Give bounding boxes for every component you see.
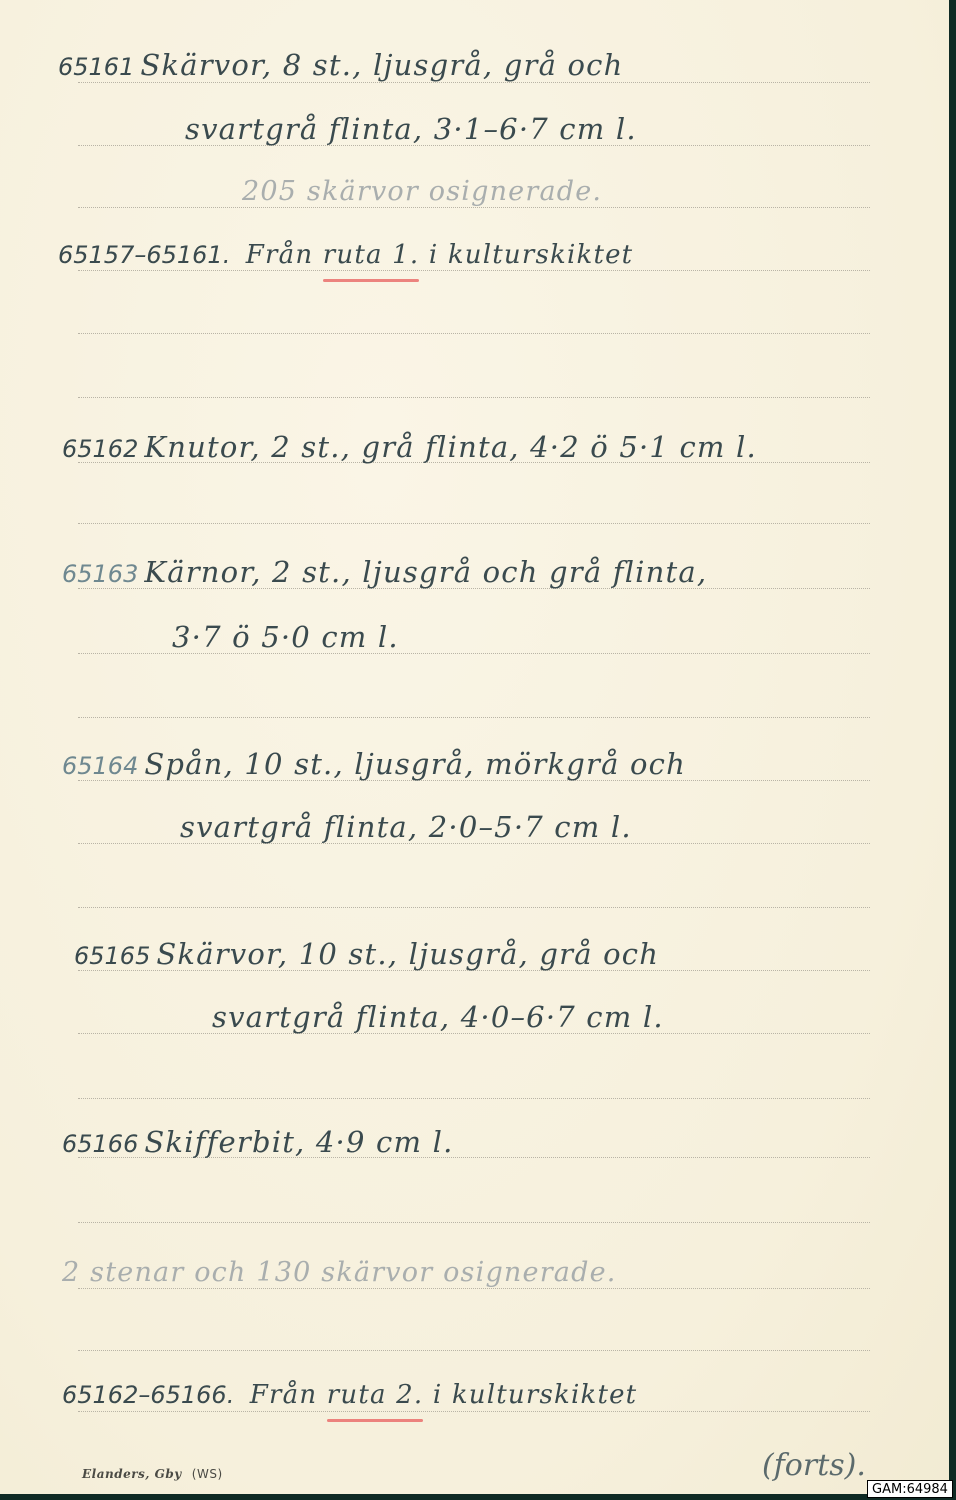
range-prefix: Från (250, 1380, 318, 1410)
entry-text: Spån, 10 st., ljusgrå, mörkgrå och (144, 747, 686, 781)
entry-65164-line1: 65164Spån, 10 st., ljusgrå, mörkgrå och (62, 747, 686, 781)
range-line-ruta-2: 65162–65166. Från ruta 2. i kulturskikte… (62, 1380, 637, 1410)
entry-65163-line2: 3·7 ö 5·0 cm l. (172, 620, 399, 654)
entry-text: Skärvor, 8 st., ljusgrå, grå och (140, 48, 623, 82)
entry-65161-line2: svartgrå flinta, 3·1–6·7 cm l. (185, 112, 637, 146)
entry-65166-line1: 65166Skifferbit, 4·9 cm l. (62, 1125, 454, 1159)
entry-65165-line2: svartgrå flinta, 4·0–6·7 cm l. (212, 1000, 664, 1034)
range-suffix: i kulturskiktet (429, 240, 633, 270)
entry-text: Skärvor, 10 st., ljusgrå, grå och (156, 937, 659, 971)
entry-text: Kärnor, 2 st., ljusgrå och grå flinta, (144, 555, 707, 589)
entry-text: Skifferbit, 4·9 cm l. (144, 1125, 453, 1159)
catalog-range: 65162–65166. (62, 1381, 234, 1409)
entry-text: Knutor, 2 st., grå flinta, 4·2 ö 5·1 cm … (144, 430, 757, 464)
ruta-underlined: ruta 1. (323, 240, 420, 270)
printer-imprint: Elanders, Gby(WS) (82, 1467, 223, 1481)
rule-line (78, 207, 870, 208)
rule-line (78, 717, 870, 718)
rule-line (78, 1350, 870, 1351)
rule-line (78, 1222, 870, 1223)
range-line-ruta-1: 65157–65161. Från ruta 1. i kulturskikte… (58, 240, 633, 270)
catalog-range: 65157–65161. (58, 241, 230, 269)
rule-line (78, 1411, 870, 1412)
ruta-underlined: ruta 2. (327, 1380, 424, 1410)
entry-65162-line1: 65162Knutor, 2 st., grå flinta, 4·2 ö 5·… (62, 430, 757, 464)
catalog-card: 65161Skärvor, 8 st., ljusgrå, grå och sv… (0, 0, 949, 1494)
continued-note: (forts). (762, 1448, 866, 1483)
catalog-number: 65162 (62, 435, 138, 463)
rule-line (78, 1098, 870, 1099)
entry-65165-line1: 65165Skärvor, 10 st., ljusgrå, grå och (74, 937, 659, 971)
archive-id-label: GAM:64984 (867, 1480, 953, 1498)
range-suffix: i kulturskiktet (433, 1380, 637, 1410)
rule-line (78, 1288, 870, 1289)
rule-line (78, 270, 870, 271)
rule-line (78, 523, 870, 524)
entry-65161-line1: 65161Skärvor, 8 st., ljusgrå, grå och (58, 48, 623, 82)
catalog-number: 65164 (62, 752, 138, 780)
entry-65163-line1: 65163Kärnor, 2 st., ljusgrå och grå flin… (62, 555, 707, 589)
imprint-code: (WS) (192, 1467, 223, 1481)
rule-line (78, 907, 870, 908)
catalog-number: 65166 (62, 1130, 138, 1158)
rule-line (78, 82, 870, 83)
range-prefix: Från (246, 240, 314, 270)
catalog-number: 65161 (58, 53, 134, 81)
rule-line (78, 397, 870, 398)
entry-65164-line2: svartgrå flinta, 2·0–5·7 cm l. (180, 810, 632, 844)
unsigned-note-2: 2 stenar och 130 skärvor osignerade. (62, 1257, 617, 1288)
catalog-number: 65165 (74, 942, 150, 970)
unsigned-note-1: 205 skärvor osignerade. (242, 176, 602, 207)
catalog-number: 65163 (62, 560, 138, 588)
rule-line (78, 333, 870, 334)
imprint-name: Elanders, Gby (82, 1467, 182, 1481)
